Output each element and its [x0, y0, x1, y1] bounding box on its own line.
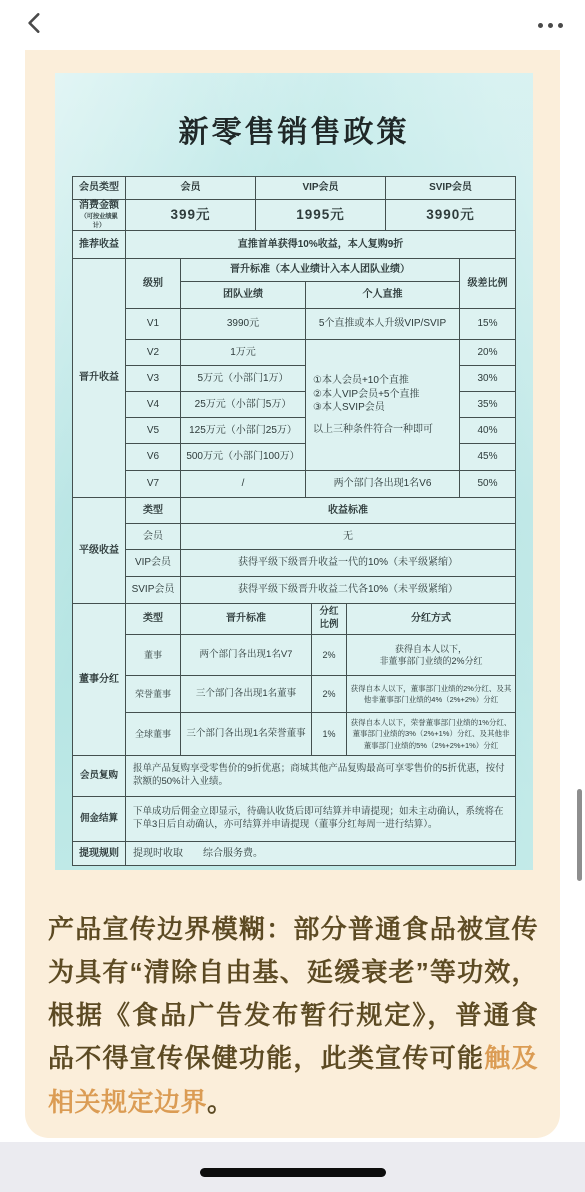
table-cell: 三个部门各出现1名荣誉董事: [181, 713, 311, 755]
ellipsis-icon: [548, 23, 553, 28]
table-cell: 收益标准: [181, 498, 515, 523]
row-label: 佣金结算: [73, 797, 125, 841]
table-cell: 全球董事: [126, 713, 180, 755]
table-cell: 40%: [460, 418, 515, 443]
condition-item: ③本人SVIP会员: [313, 401, 385, 415]
condition-item: 以上三种条件符合一种即可: [313, 423, 433, 437]
table-cell: 会员: [126, 177, 255, 199]
table-cell: 分红比例: [312, 604, 346, 634]
ellipsis-icon: [538, 23, 543, 28]
table-cell: V5: [126, 418, 180, 443]
row-label: 推荐收益: [73, 231, 125, 258]
table-cell: 无: [181, 524, 515, 549]
row-label: 消费金额 （可按业绩累计）: [73, 200, 125, 230]
table-cell: 分红方式: [347, 604, 515, 634]
table-cell: 获得自本人以下，荣誉董事部门业绩的1%分红、董事部门业绩的3%（2%+1%）分红…: [347, 713, 515, 755]
annotation-period: 。: [207, 1087, 234, 1117]
row-label: 晋升收益: [73, 259, 125, 497]
bottom-system-bar: [0, 1142, 585, 1192]
table-cell: 会员: [126, 524, 180, 549]
table-cell: 类型: [126, 604, 180, 634]
back-button[interactable]: [22, 12, 48, 38]
row-label: 会员类型: [73, 177, 125, 199]
table-cell: V4: [126, 392, 180, 417]
table-cell: 获得自本人以下，董事部门业绩的2%分红、及其他非董事部门业绩的4%（2%+2%）…: [347, 676, 515, 712]
row-label: 提现规则: [73, 842, 125, 865]
table-cell: 获得平级下级晋升收益二代各10%（未平级紧缩）: [181, 577, 515, 603]
table-cell: 提现时收取 综合服务费。: [126, 842, 515, 865]
poster-title: 新零售销售政策: [55, 107, 533, 151]
table-cell: VIP会员: [256, 177, 385, 199]
table-cell: V6: [126, 444, 180, 470]
row-label: 董事分红: [73, 604, 125, 755]
table-cell: 35%: [460, 392, 515, 417]
condition-item: ②本人VIP会员+5个直推: [313, 388, 419, 402]
table-cell: 两个部门各出现1名V6: [306, 471, 459, 497]
table-cell: 董事: [126, 635, 180, 675]
commission-section: 佣金结算 下单成功后佣金立即显示，待确认收货后即可结算并申请提现；如未主动确认，…: [73, 797, 515, 841]
table-cell: 1%: [312, 713, 346, 755]
table-cell: 2%: [312, 635, 346, 675]
table-cell: 下单成功后佣金立即显示，待确认收货后即可结算并申请提现；如未主动确认，系统将在下…: [126, 797, 515, 841]
table-cell: 报单产品复购享受零售价的9折优惠；商城其他产品复购最高可享零售价的5折优惠，按付…: [126, 756, 515, 796]
table-cell: 3990元: [386, 200, 515, 230]
table-cell: 两个部门各出现1名V7: [181, 635, 311, 675]
member-section: 会员类型 会员 VIP会员 SVIP会员 消费金额 （可按业绩累计） 399元 …: [73, 177, 515, 230]
top-navigation-bar: [0, 0, 585, 50]
chevron-left-icon: [22, 10, 48, 41]
table-cell: 级别: [126, 259, 180, 308]
policy-table: 会员类型 会员 VIP会员 SVIP会员 消费金额 （可按业绩累计） 399元 …: [72, 176, 516, 866]
table-cell: 1万元: [181, 340, 305, 365]
ellipsis-icon: [558, 23, 563, 28]
table-cell: 50%: [460, 471, 515, 497]
table-cell: 获得自本人以下， 非董事部门业绩的2%分红: [347, 635, 515, 675]
withdrawal-section: 提现规则 提现时收取 综合服务费。: [73, 842, 515, 865]
table-cell: 获得平级下级晋升收益一代的10%（未平级紧缩）: [181, 550, 515, 576]
row-label: 平级收益: [73, 498, 125, 603]
table-cell: 45%: [460, 444, 515, 470]
annotation-paragraph: 产品宣传边界模糊：部分普通食品被宣传为具有“清除自由基、延缓衰老”等功效，根据《…: [48, 908, 538, 1124]
table-cell: 3990元: [181, 309, 305, 339]
table-cell: 15%: [460, 309, 515, 339]
promotion-section: 晋升收益 级别 晋升标准（本人业绩计入本人团队业绩） 级差比例 团队业绩 个人直…: [73, 259, 515, 497]
table-cell: V2: [126, 340, 180, 365]
scrollbar-thumb[interactable]: [577, 789, 582, 881]
home-indicator[interactable]: [200, 1168, 386, 1177]
annotation-text: 产品宣传边界模糊：部分普通食品被宣传为具有“清除自由基、延缓衰老”等功效，根据《…: [48, 914, 538, 1073]
condition-item: ①本人会员+10个直推: [313, 374, 409, 388]
table-cell: VIP会员: [126, 550, 180, 576]
more-menu-button[interactable]: [538, 17, 563, 34]
table-cell: 2%: [312, 676, 346, 712]
table-cell: 125万元（小部门25万）: [181, 418, 305, 443]
table-cell: 25万元（小部门5万）: [181, 392, 305, 417]
table-cell: 399元: [126, 200, 255, 230]
peer-income-section: 平级收益 类型 收益标准 会员 无 VIP会员 获得平级下级晋升收益一代的10%…: [73, 498, 515, 603]
content-card: 新零售销售政策 会员类型 会员 VIP会员 SVIP会员 消费金额 （可按业绩累…: [25, 50, 560, 1138]
table-cell: 晋升标准（本人业绩计入本人团队业绩）: [181, 259, 459, 281]
table-cell: SVIP会员: [126, 577, 180, 603]
table-cell: /: [181, 471, 305, 497]
table-cell: 500万元（小部门100万）: [181, 444, 305, 470]
table-cell: V1: [126, 309, 180, 339]
table-cell: 个人直推: [306, 282, 459, 308]
amount-sublabel: （可按业绩累计）: [76, 213, 122, 231]
table-cell: V7: [126, 471, 180, 497]
amount-label: 消费金额: [79, 199, 119, 213]
table-cell: V3: [126, 366, 180, 391]
table-cell: 级差比例: [460, 259, 515, 308]
director-dividend-section: 董事分红 类型 晋升标准 分红比例 分红方式 董事 两个部门各出现1名V7 2%…: [73, 604, 515, 755]
row-label: 会员复购: [73, 756, 125, 796]
table-cell: 类型: [126, 498, 180, 523]
table-cell: SVIP会员: [386, 177, 515, 199]
table-cell: 直推首单获得10%收益，本人复购9折: [126, 231, 515, 258]
table-cell: 三个部门各出现1名董事: [181, 676, 311, 712]
table-cell: 荣誉董事: [126, 676, 180, 712]
table-cell: 5个直推或本人升级VIP/SVIP: [306, 309, 459, 339]
table-cell: 30%: [460, 366, 515, 391]
table-cell: 20%: [460, 340, 515, 365]
table-cell: 5万元（小部门1万）: [181, 366, 305, 391]
repurchase-section: 会员复购 报单产品复购享受零售价的9折优惠；商城其他产品复购最高可享零售价的5折…: [73, 756, 515, 796]
policy-poster-image[interactable]: 新零售销售政策 会员类型 会员 VIP会员 SVIP会员 消费金额 （可按业绩累…: [55, 73, 533, 870]
table-cell: 1995元: [256, 200, 385, 230]
table-cell: 团队业绩: [181, 282, 305, 308]
referral-section: 推荐收益 直推首单获得10%收益，本人复购9折: [73, 231, 515, 258]
table-cell: 晋升标准: [181, 604, 311, 634]
promotion-conditions-cell: ①本人会员+10个直推 ②本人VIP会员+5个直推 ③本人SVIP会员 以上三种…: [306, 340, 459, 470]
